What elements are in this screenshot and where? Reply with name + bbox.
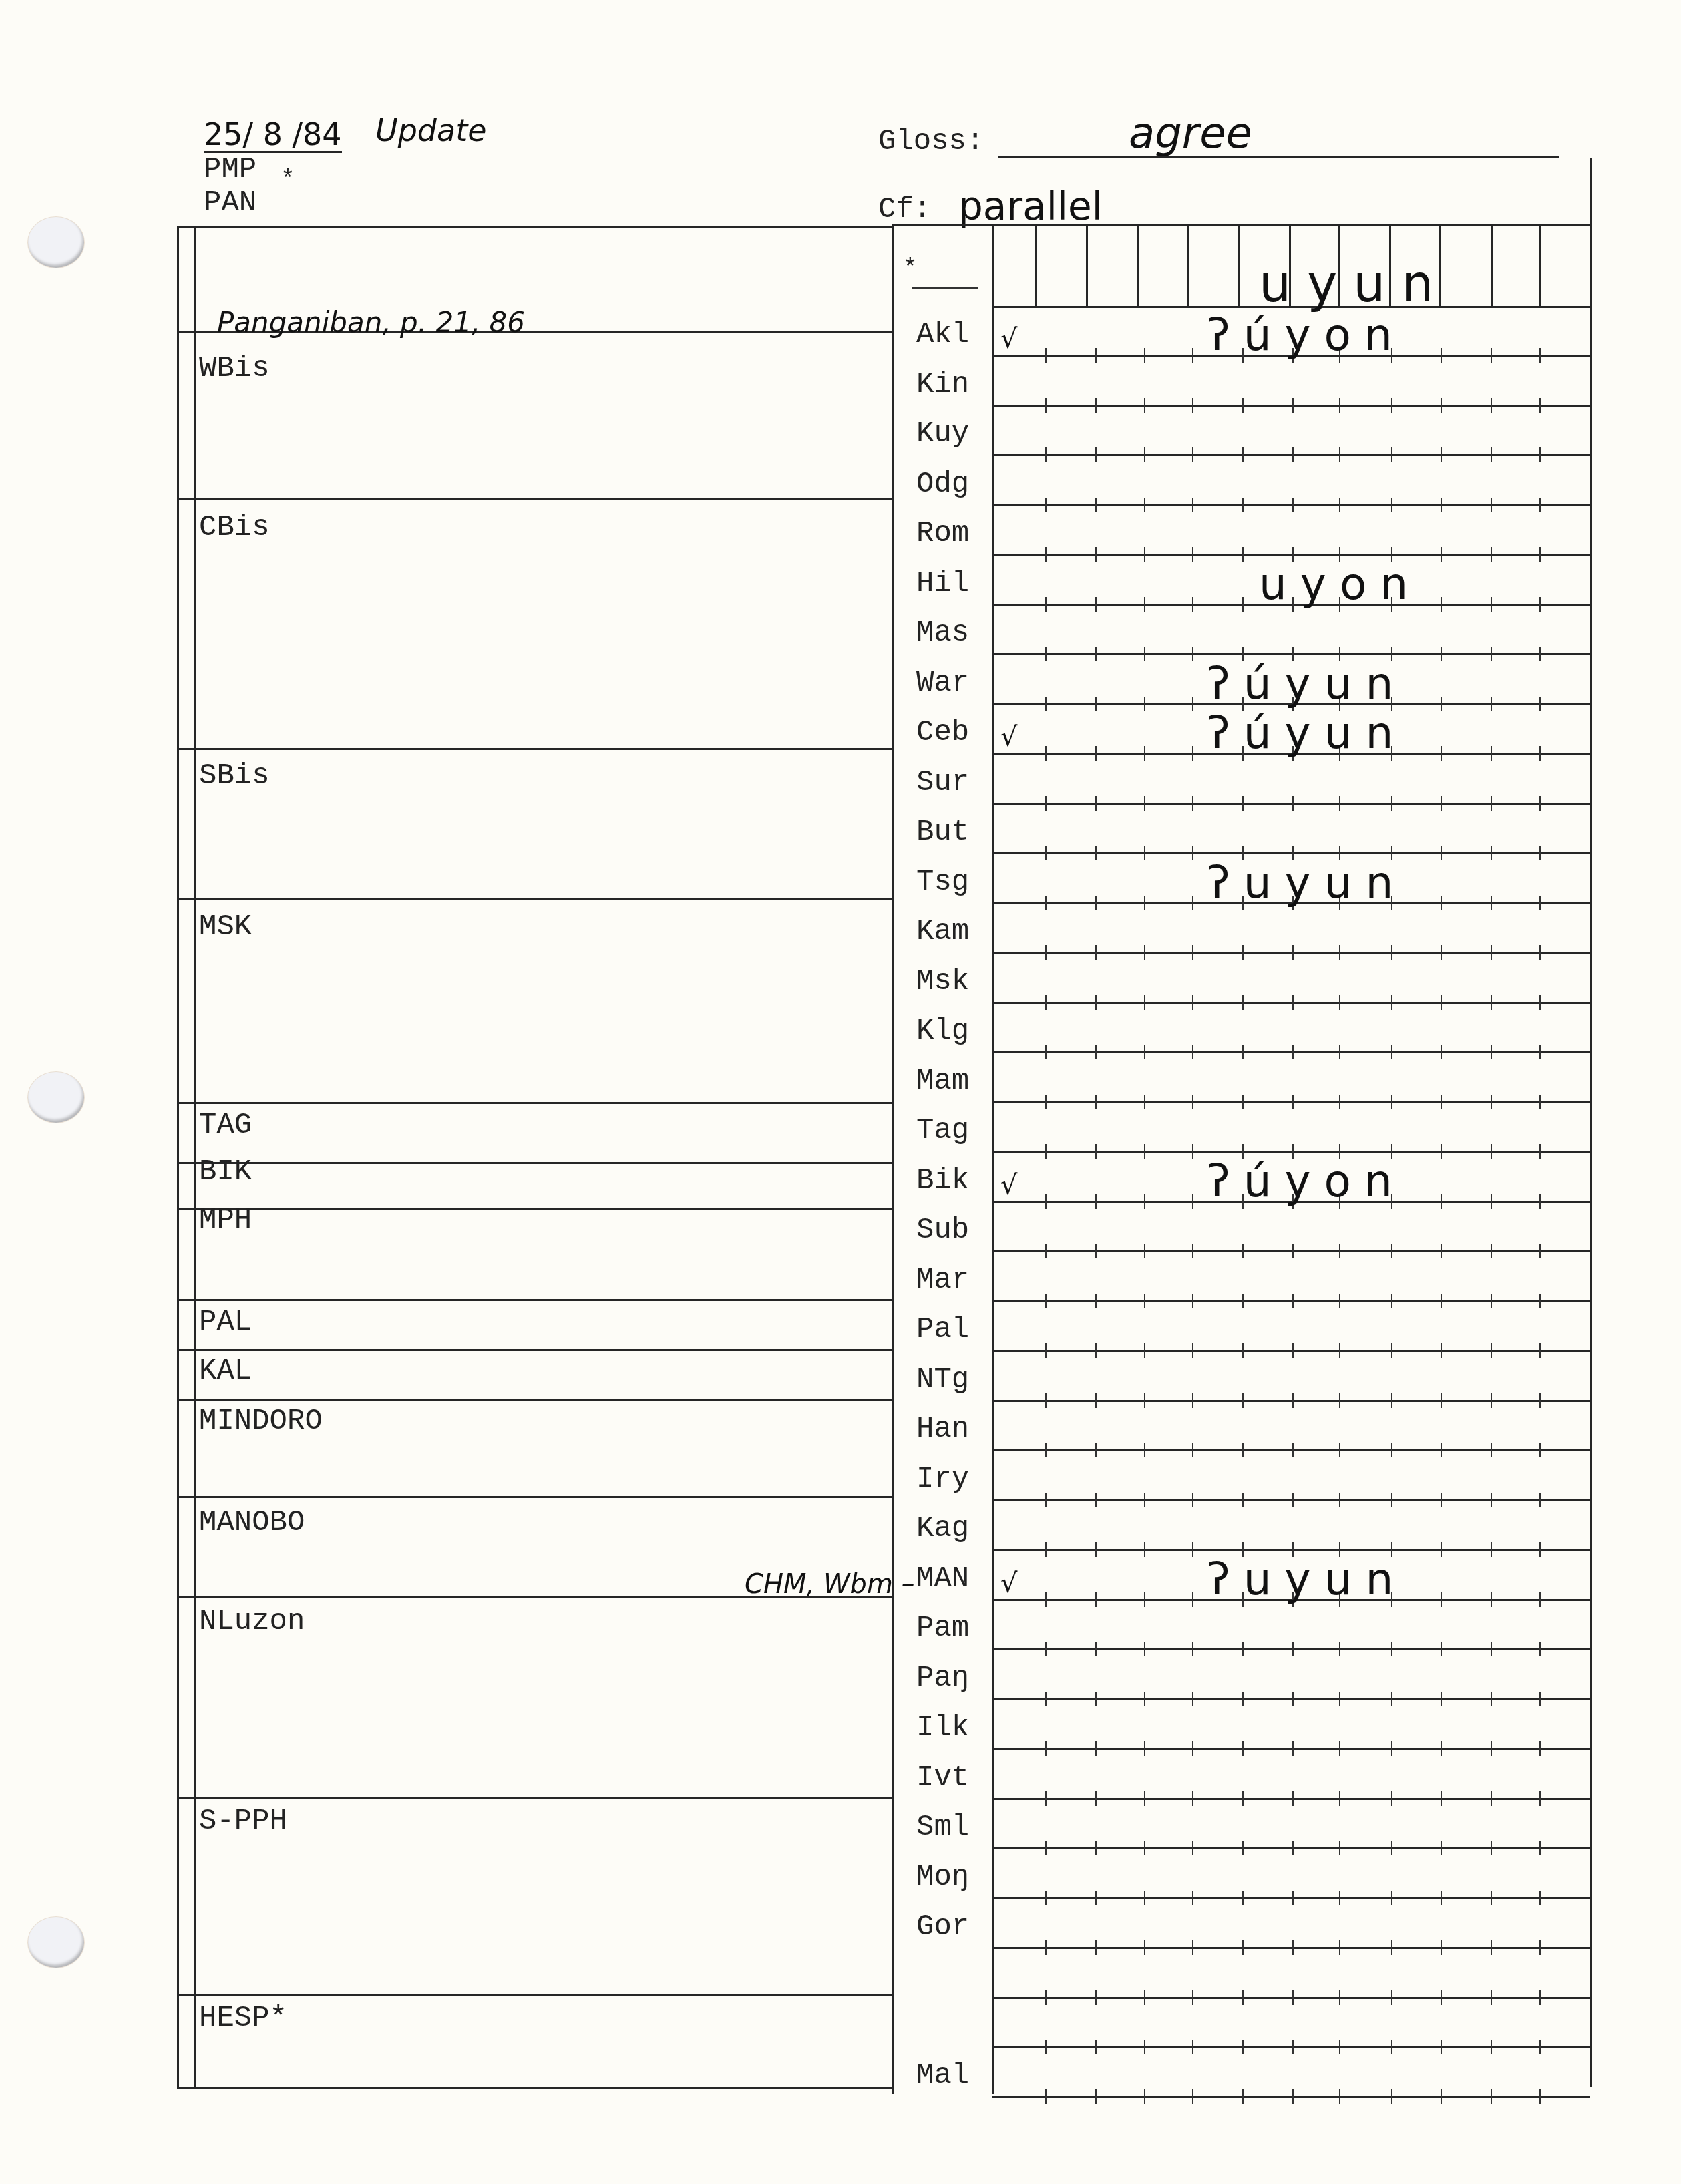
tick-mark (1391, 1343, 1392, 1358)
tick-mark (1391, 2089, 1392, 2104)
tick-mark (1192, 697, 1193, 711)
row-line (992, 1350, 1590, 1352)
subgroup-label-hesp-: HESP* (199, 2004, 287, 2033)
tick-mark (1441, 498, 1442, 512)
tick-mark (1045, 1741, 1047, 1756)
tick-mark (1192, 1343, 1193, 1358)
tick-mark (1095, 348, 1097, 363)
tick-mark (1391, 945, 1392, 960)
reconstruction-form[interactable]: uyun (1259, 254, 1449, 313)
row-line (992, 1897, 1590, 1899)
tick-mark (1491, 2089, 1492, 2104)
tick-mark (1045, 896, 1047, 910)
tick-mark (1441, 1095, 1442, 1109)
tick-mark (1539, 1592, 1541, 1607)
tick-mark (1192, 1692, 1193, 1706)
tick-mark (1491, 498, 1492, 512)
tick-mark (1242, 2089, 1244, 2104)
tick-mark (1095, 1443, 1097, 1457)
tick-mark (1292, 398, 1294, 413)
tick-mark (1491, 348, 1492, 363)
man-annotation-text: CHM, Wbm (745, 1569, 893, 1600)
language-code: Akl (916, 320, 969, 349)
language-code: Kin (916, 370, 969, 399)
tick-mark (1441, 1443, 1442, 1457)
tick-mark (1441, 597, 1442, 612)
tick-mark (1441, 1343, 1442, 1358)
language-code: Tsg (916, 868, 969, 897)
subgroup-label-cbis: CBis (199, 513, 270, 542)
tick-mark (1339, 995, 1340, 1010)
tick-mark (1095, 1791, 1097, 1806)
tick-mark (1045, 1692, 1047, 1706)
tick-mark (1192, 1542, 1193, 1557)
language-code: Sml (916, 1813, 969, 1842)
tick-mark (1144, 1692, 1145, 1706)
tick-mark (1391, 1045, 1392, 1059)
tick-mark (1539, 1144, 1541, 1159)
tick-mark (1192, 1194, 1193, 1209)
tick-mark (1045, 1990, 1047, 2005)
group-divider (177, 1994, 892, 1996)
tick-mark (1292, 498, 1294, 512)
tick-mark (1539, 547, 1541, 562)
tick-mark (1391, 1294, 1392, 1308)
tick-mark (1192, 1144, 1193, 1159)
tick-mark (1339, 1095, 1340, 1109)
tick-mark (1144, 1791, 1145, 1806)
language-code: Sub (916, 1216, 969, 1245)
tick-mark (1292, 1343, 1294, 1358)
tick-mark (1095, 1592, 1097, 1607)
tick-mark (1339, 1990, 1340, 2005)
tick-mark (1192, 2089, 1193, 2104)
tick-mark (1242, 1443, 1244, 1457)
gloss-value[interactable]: agree (1129, 112, 1252, 155)
row-line (992, 1101, 1590, 1103)
subgroup-label-mph: MPH (199, 1206, 252, 1235)
tick-mark (1242, 1393, 1244, 1408)
tick-mark (1391, 1841, 1392, 1855)
tick-mark (1292, 1294, 1294, 1308)
tick-mark (1144, 348, 1145, 363)
header-cell-line (1086, 224, 1088, 306)
tick-mark (1192, 1990, 1193, 2005)
tick-mark (1242, 498, 1244, 512)
subgroup-label-sbis: SBis (199, 761, 270, 791)
tick-mark (1491, 697, 1492, 711)
tick-mark (1292, 995, 1294, 1010)
tick-mark (1045, 547, 1047, 562)
tick-mark (1242, 1045, 1244, 1059)
tick-mark (1095, 2040, 1097, 2054)
tick-mark (1095, 1741, 1097, 1756)
tick-mark (1242, 447, 1244, 462)
language-code: Paŋ (916, 1664, 969, 1693)
tick-mark (1045, 2040, 1047, 2054)
header-cell-line (992, 224, 994, 306)
language-code: Sur (916, 768, 969, 797)
source-note[interactable]: Panganiban, p. 21, 86 (217, 309, 525, 337)
language-code: Ilk (916, 1713, 969, 1743)
tick-mark (1192, 746, 1193, 761)
tick-mark (1292, 796, 1294, 811)
cf-value[interactable]: parallel (958, 187, 1103, 226)
row-line (992, 952, 1590, 954)
tick-mark (1339, 945, 1340, 960)
tick-mark (1491, 1493, 1492, 1507)
row-line (992, 504, 1590, 506)
tick-mark (1391, 995, 1392, 1010)
tick-mark (1491, 1095, 1492, 1109)
tick-mark (1144, 1642, 1145, 1656)
tick-mark (1339, 1244, 1340, 1258)
tick-mark (1391, 1393, 1392, 1408)
tick-mark (1441, 1542, 1442, 1557)
header-cell-line (1539, 224, 1541, 306)
row-line (992, 1698, 1590, 1700)
tick-mark (1095, 597, 1097, 612)
tick-mark (1144, 746, 1145, 761)
tick-mark (1539, 1642, 1541, 1656)
language-code: MAN (916, 1564, 969, 1594)
tick-mark (1491, 547, 1492, 562)
language-code: Hil (916, 569, 969, 598)
row-line (992, 1648, 1590, 1650)
tick-mark (1144, 697, 1145, 711)
tick-mark (1144, 1194, 1145, 1209)
reconstruction-blank (912, 287, 978, 289)
tick-mark (1144, 945, 1145, 960)
tick-mark (1491, 1940, 1492, 1955)
row-line (992, 1549, 1590, 1551)
tick-mark (1339, 1692, 1340, 1706)
tick-mark (1045, 2089, 1047, 2104)
tick-mark (1391, 498, 1392, 512)
subgroup-label-bik: BIK (199, 1157, 252, 1187)
tick-mark (1144, 547, 1145, 562)
tick-mark (1441, 1294, 1442, 1308)
tick-mark (1192, 647, 1193, 661)
tick-mark (1144, 1343, 1145, 1358)
tick-mark (1292, 2040, 1294, 2054)
subgroup-label-mindoro: MINDORO (199, 1407, 323, 1436)
tick-mark (1391, 2040, 1392, 2054)
language-code: Mam (916, 1067, 969, 1096)
tick-mark (1441, 1244, 1442, 1258)
header-cell-line (1187, 224, 1189, 306)
tick-mark (1045, 647, 1047, 661)
tick-mark (1441, 647, 1442, 661)
tick-mark (1192, 348, 1193, 363)
tick-mark (1441, 1493, 1442, 1507)
cognate-form[interactable]: uyon (1259, 558, 1421, 610)
tick-mark (1045, 1891, 1047, 1905)
tick-mark (1045, 697, 1047, 711)
row-line (992, 1449, 1590, 1451)
tick-mark (1095, 547, 1097, 562)
tick-mark (1539, 1990, 1541, 2005)
tick-mark (1491, 1144, 1492, 1159)
left-bottom-border (177, 2087, 894, 2089)
tick-mark (1192, 995, 1193, 1010)
tick-mark (1144, 1841, 1145, 1855)
tick-mark (1095, 1095, 1097, 1109)
checkmark-icon: √ (1000, 722, 1018, 753)
row-line (992, 554, 1590, 556)
tick-mark (1441, 2089, 1442, 2104)
tick-mark (1242, 398, 1244, 413)
tick-mark (1539, 1891, 1541, 1905)
tick-mark (1391, 1891, 1392, 1905)
row-line (992, 1151, 1590, 1153)
tick-mark (1192, 896, 1193, 910)
tick-mark (1192, 1393, 1193, 1408)
tick-mark (1144, 1542, 1145, 1557)
tick-mark (1192, 398, 1193, 413)
tick-mark (1292, 1244, 1294, 1258)
tick-mark (1391, 1642, 1392, 1656)
language-code: Mar (916, 1266, 969, 1295)
tick-mark (1242, 995, 1244, 1010)
tick-mark (1045, 1144, 1047, 1159)
tick-mark (1292, 1940, 1294, 1955)
tick-mark (1095, 896, 1097, 910)
tick-mark (1339, 498, 1340, 512)
tick-mark (1144, 796, 1145, 811)
tick-mark (1539, 348, 1541, 363)
tick-mark (1045, 1194, 1047, 1209)
punch-hole-top (28, 217, 84, 268)
group-divider (177, 1797, 892, 1799)
tick-mark (1192, 1095, 1193, 1109)
tick-mark (1539, 1294, 1541, 1308)
cognate-form[interactable]: ʔuyun (1207, 1554, 1407, 1605)
tick-mark (1441, 547, 1442, 562)
tick-mark (1144, 647, 1145, 661)
tick-mark (1339, 1940, 1340, 1955)
tick-mark (1539, 1542, 1541, 1557)
tick-mark (1441, 1940, 1442, 1955)
tick-mark (1339, 1443, 1340, 1457)
tick-mark (1144, 2089, 1145, 2104)
tick-mark (1539, 1940, 1541, 1955)
subgroup-label-tag: TAG (199, 1111, 252, 1140)
tick-mark (1441, 2040, 1442, 2054)
row-line (992, 1002, 1590, 1004)
tick-mark (1242, 1891, 1244, 1905)
tick-mark (1095, 1493, 1097, 1507)
tick-mark (1491, 1592, 1492, 1607)
tick-mark (1491, 945, 1492, 960)
tick-mark (1292, 1493, 1294, 1507)
tick-mark (1095, 1144, 1097, 1159)
tick-mark (1242, 1940, 1244, 1955)
group-divider (177, 748, 892, 750)
tick-mark (1441, 348, 1442, 363)
tick-mark (1441, 1642, 1442, 1656)
tick-mark (1539, 447, 1541, 462)
row-line (992, 1300, 1590, 1302)
checkmark-icon: √ (1000, 324, 1018, 355)
tick-mark (1491, 995, 1492, 1010)
tick-mark (1491, 1642, 1492, 1656)
tick-mark (1095, 1692, 1097, 1706)
cognate-form[interactable]: ʔuyun (1207, 857, 1407, 908)
tick-mark (1491, 1045, 1492, 1059)
tick-mark (1095, 1542, 1097, 1557)
update-note: Update (375, 115, 487, 146)
tick-mark (1242, 1791, 1244, 1806)
tick-mark (1144, 1095, 1145, 1109)
language-code: Iry (916, 1465, 969, 1494)
tick-mark (1045, 1443, 1047, 1457)
tick-mark (1045, 597, 1047, 612)
tick-mark (1045, 945, 1047, 960)
tick-mark (1144, 398, 1145, 413)
tick-mark (1242, 1244, 1244, 1258)
group-divider (177, 1299, 892, 1301)
language-code: Ivt (916, 1763, 969, 1793)
language-code: Kag (916, 1514, 969, 1543)
tick-mark (1441, 846, 1442, 860)
tick-mark (1045, 1493, 1047, 1507)
tick-mark (1095, 796, 1097, 811)
tick-mark (1095, 697, 1097, 711)
group-divider (177, 1496, 892, 1498)
tick-mark (1192, 796, 1193, 811)
tick-mark (1491, 1891, 1492, 1905)
tick-mark (1339, 1045, 1340, 1059)
row-line (992, 1847, 1590, 1849)
tick-mark (1144, 1940, 1145, 1955)
tick-mark (1095, 1642, 1097, 1656)
row-line (992, 405, 1590, 407)
tick-mark (1144, 1741, 1145, 1756)
row-line (992, 852, 1590, 854)
header-cell-line (1035, 224, 1037, 306)
tick-mark (1441, 1841, 1442, 1855)
tick-mark (1242, 945, 1244, 960)
tick-mark (1441, 1144, 1442, 1159)
tick-mark (1242, 1642, 1244, 1656)
row-line (992, 2046, 1590, 2048)
dash: – (893, 1569, 915, 1600)
tick-mark (1339, 2040, 1340, 2054)
tick-mark (1339, 1493, 1340, 1507)
tick-mark (1192, 1741, 1193, 1756)
tick-mark (1144, 2040, 1145, 2054)
tick-mark (1292, 1692, 1294, 1706)
tick-mark (1491, 796, 1492, 811)
language-code: Mas (916, 618, 969, 648)
tick-mark (1045, 746, 1047, 761)
tick-mark (1391, 1443, 1392, 1457)
tick-mark (1339, 398, 1340, 413)
row-line (992, 803, 1590, 805)
cognate-form[interactable]: ʔúyon (1207, 1155, 1406, 1207)
grid-top-border (892, 224, 1590, 226)
tick-mark (1045, 1343, 1047, 1358)
header-cell-line (1238, 224, 1240, 306)
tick-mark (1539, 498, 1541, 512)
tick-mark (1441, 1045, 1442, 1059)
tick-mark (1391, 1791, 1392, 1806)
tick-mark (1095, 846, 1097, 860)
row-line (992, 1798, 1590, 1800)
tick-mark (1144, 1493, 1145, 1507)
tick-mark (1045, 1940, 1047, 1955)
pmp-label: PMP (204, 155, 256, 184)
tick-mark (1339, 796, 1340, 811)
tick-mark (1192, 1244, 1193, 1258)
tick-mark (1391, 1990, 1392, 2005)
tick-mark (1391, 1940, 1392, 1955)
tick-mark (1491, 647, 1492, 661)
tick-mark (1391, 1244, 1392, 1258)
tick-mark (1491, 846, 1492, 860)
tick-mark (1441, 697, 1442, 711)
tick-mark (1491, 1194, 1492, 1209)
tick-mark (1045, 1592, 1047, 1607)
pan-label: PAN (204, 188, 256, 218)
tick-mark (1491, 447, 1492, 462)
tick-mark (1539, 1095, 1541, 1109)
cf-label: Cf: (878, 195, 931, 224)
cognate-form[interactable]: ʔúyun (1207, 707, 1407, 759)
tick-mark (1539, 1791, 1541, 1806)
tick-mark (1539, 1045, 1541, 1059)
tick-mark (1441, 1592, 1442, 1607)
tick-mark (1095, 2089, 1097, 2104)
tick-mark (1441, 995, 1442, 1010)
tick-mark (1539, 398, 1541, 413)
cognate-form[interactable]: ʔúyon (1207, 309, 1406, 361)
tick-mark (1292, 1393, 1294, 1408)
tick-mark (1045, 498, 1047, 512)
tick-mark (1339, 1343, 1340, 1358)
tick-mark (1095, 995, 1097, 1010)
tick-mark (1339, 1841, 1340, 1855)
row-line (992, 1997, 1590, 1999)
language-code: Ceb (916, 718, 969, 747)
tick-mark (1045, 1095, 1047, 1109)
row-line (992, 653, 1590, 655)
tick-mark (1339, 1294, 1340, 1308)
tick-mark (1045, 995, 1047, 1010)
tick-mark (1339, 1393, 1340, 1408)
cognate-form[interactable]: ʔúyun (1207, 658, 1407, 709)
tick-mark (1441, 1990, 1442, 2005)
tick-mark (1045, 398, 1047, 413)
language-code: War (916, 669, 969, 698)
group-divider (177, 1349, 892, 1351)
tick-mark (1095, 647, 1097, 661)
tick-mark (1491, 1343, 1492, 1358)
tick-mark (1441, 1393, 1442, 1408)
tick-mark (1539, 1841, 1541, 1855)
language-code: NTg (916, 1365, 969, 1395)
tick-mark (1441, 1194, 1442, 1209)
tick-mark (1539, 746, 1541, 761)
tick-mark (1045, 447, 1047, 462)
tick-mark (1539, 647, 1541, 661)
tick-mark (1539, 995, 1541, 1010)
tick-mark (1095, 447, 1097, 462)
tick-mark (1192, 1045, 1193, 1059)
tick-mark (1391, 796, 1392, 811)
grid-right-border (1590, 158, 1592, 2087)
